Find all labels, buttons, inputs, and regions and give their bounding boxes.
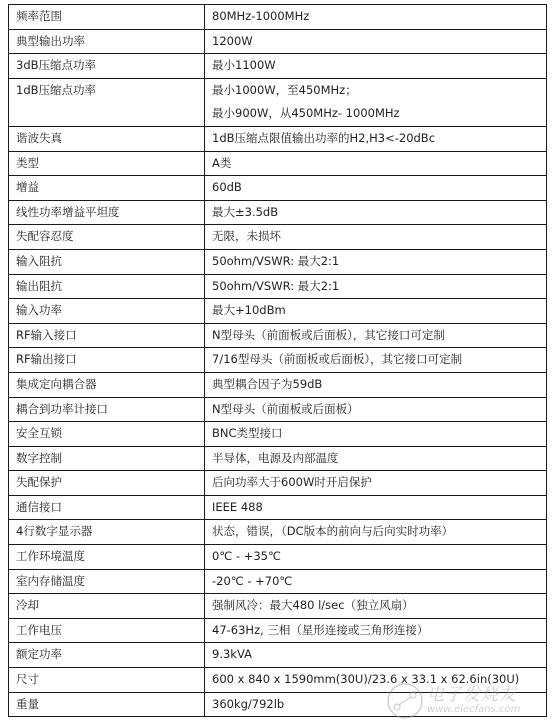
spec-value-line: 最大±3.5dB	[212, 201, 546, 225]
spec-value: 7/16型母头（前面板或后面板），其它接口可定制	[205, 348, 547, 373]
spec-value-line: 典型耦合因子为59dB	[212, 373, 546, 397]
spec-label: 4行数字显示器	[9, 520, 205, 545]
spec-value: 典型耦合因子为59dB	[205, 372, 547, 397]
table-row: 工作电压47-63Hz, 三相（星形连接或三角形连接）	[9, 618, 547, 643]
spec-value: 半导体，电源及内部温度	[205, 446, 547, 471]
table-row: 谐波失真1dB压缩点限值输出功率的H2,H3<-20dBc	[9, 126, 547, 151]
spec-value: 47-63Hz, 三相（星形连接或三角形连接）	[205, 618, 547, 643]
spec-value: 强制风冷：最大480 l/sec（独立风扇）	[205, 594, 547, 619]
table-row: 输入阻抗50ohm/VSWR: 最大2:1	[9, 249, 547, 274]
spec-value: IEEE 488	[205, 495, 547, 520]
spec-value-line: 50ohm/VSWR: 最大2:1	[212, 275, 546, 299]
spec-value: 50ohm/VSWR: 最大2:1	[205, 274, 547, 299]
spec-value: 600 x 840 x 1590mm(30U)/23.6 x 33.1 x 62…	[205, 668, 547, 693]
spec-label: 输入功率	[9, 299, 205, 324]
table-row: 失配保护后向功率大于600W时开启保护	[9, 471, 547, 496]
spec-value: BNC类型接口	[205, 422, 547, 447]
table-row: 输入功率最大+10dBm	[9, 299, 547, 324]
spec-value-line: BNC类型接口	[212, 422, 546, 446]
spec-label: 尺寸	[9, 668, 205, 693]
spec-label: 工作电压	[9, 618, 205, 643]
table-row: 典型输出功率1200W	[9, 29, 547, 54]
spec-value: -20℃ - +70℃	[205, 569, 547, 594]
spec-value-line: -20℃ - +70℃	[212, 570, 546, 594]
spec-value-line: 最小1000W，至450MHz；	[212, 79, 546, 103]
spec-label: 失配保护	[9, 471, 205, 496]
spec-value-line: 最小1100W	[212, 54, 546, 78]
spec-label: 数字控制	[9, 446, 205, 471]
spec-value-line: 9.3kVA	[212, 643, 546, 667]
spec-value-line: 半导体，电源及内部温度	[212, 447, 546, 471]
spec-label: 增益	[9, 176, 205, 201]
table-row: 1dB压缩点功率最小1000W，至450MHz；最小900W，从450MHz- …	[9, 78, 547, 126]
spec-value: 80MHz-1000MHz	[205, 5, 547, 30]
table-row: 安全互锁BNC类型接口	[9, 422, 547, 447]
spec-value: 后向功率大于600W时开启保护	[205, 471, 547, 496]
spec-label: 重量	[9, 692, 205, 717]
spec-value: 60dB	[205, 176, 547, 201]
table-row: 冷却强制风冷：最大480 l/sec（独立风扇）	[9, 594, 547, 619]
spec-value: 状态，错误，（DC版本的前向与后向实时功率）	[205, 520, 547, 545]
spec-value-line: N型母头（前面板或后面板），其它接口可定制	[212, 324, 546, 348]
spec-value-line: 0℃ - +35℃	[212, 545, 546, 569]
table-row: 室内存储温度-20℃ - +70℃	[9, 569, 547, 594]
spec-value: 360kg/792lb	[205, 692, 547, 717]
spec-value-line: IEEE 488	[212, 496, 546, 520]
spec-value-line: 360kg/792lb	[212, 693, 546, 717]
spec-label: RF输入接口	[9, 323, 205, 348]
spec-label: 1dB压缩点功率	[9, 78, 205, 126]
spec-value: 50ohm/VSWR: 最大2:1	[205, 249, 547, 274]
spec-value: 最大+10dBm	[205, 299, 547, 324]
spec-label: 典型输出功率	[9, 29, 205, 54]
table-row: 3dB压缩点功率最小1100W	[9, 54, 547, 79]
table-row: 类型A类	[9, 151, 547, 176]
table-row: 额定功率9.3kVA	[9, 643, 547, 668]
spec-label: 输入阻抗	[9, 249, 205, 274]
table-row: 增益60dB	[9, 176, 547, 201]
spec-label: 室内存储温度	[9, 569, 205, 594]
table-row: 4行数字显示器状态，错误，（DC版本的前向与后向实时功率）	[9, 520, 547, 545]
spec-label: 输出阻抗	[9, 274, 205, 299]
spec-label: 额定功率	[9, 643, 205, 668]
table-row: 频率范围80MHz-1000MHz	[9, 5, 547, 30]
spec-value: 9.3kVA	[205, 643, 547, 668]
spec-value: N型母头（前面板或后面板），其它接口可定制	[205, 323, 547, 348]
table-row: 线性功率增益平坦度最大±3.5dB	[9, 200, 547, 225]
table-row: 数字控制半导体，电源及内部温度	[9, 446, 547, 471]
spec-value-line: A类	[212, 152, 546, 176]
spec-value-line: N型母头（前面板或后面板）	[212, 398, 546, 422]
spec-value-line: 最大+10dBm	[212, 299, 546, 323]
spec-value-line: 47-63Hz, 三相（星形连接或三角形连接）	[212, 619, 546, 643]
spec-label: 失配容忍度	[9, 225, 205, 250]
spec-label: 谐波失真	[9, 126, 205, 151]
table-row: 失配容忍度无限，未损坏	[9, 225, 547, 250]
spec-value: 1dB压缩点限值输出功率的H2,H3<-20dBc	[205, 126, 547, 151]
spec-label: 工作环境温度	[9, 545, 205, 570]
spec-label: 类型	[9, 151, 205, 176]
spec-label: 安全互锁	[9, 422, 205, 447]
spec-value-line: 80MHz-1000MHz	[212, 5, 546, 29]
spec-value: N型母头（前面板或后面板）	[205, 397, 547, 422]
spec-value: 最大±3.5dB	[205, 200, 547, 225]
spec-value-line: 后向功率大于600W时开启保护	[212, 471, 546, 495]
spec-label: 线性功率增益平坦度	[9, 200, 205, 225]
spec-value: 1200W	[205, 29, 547, 54]
spec-table: 频率范围80MHz-1000MHz典型输出功率1200W3dB压缩点功率最小11…	[8, 4, 547, 717]
table-row: 输出阻抗50ohm/VSWR: 最大2:1	[9, 274, 547, 299]
spec-value: 0℃ - +35℃	[205, 545, 547, 570]
table-row: 集成定向耦合器典型耦合因子为59dB	[9, 372, 547, 397]
spec-value-line: 1200W	[212, 30, 546, 54]
spec-label: RF输出接口	[9, 348, 205, 373]
spec-label: 频率范围	[9, 5, 205, 30]
spec-label: 冷却	[9, 594, 205, 619]
spec-value-line: 状态，错误，（DC版本的前向与后向实时功率）	[212, 520, 546, 544]
spec-table-body: 频率范围80MHz-1000MHz典型输出功率1200W3dB压缩点功率最小11…	[9, 5, 547, 717]
table-row: 耦合到功率计接口N型母头（前面板或后面板）	[9, 397, 547, 422]
spec-label: 集成定向耦合器	[9, 372, 205, 397]
table-row: RF输出接口7/16型母头（前面板或后面板），其它接口可定制	[9, 348, 547, 373]
table-row: 工作环境温度0℃ - +35℃	[9, 545, 547, 570]
table-row: 重量360kg/792lb	[9, 692, 547, 717]
table-row: 尺寸600 x 840 x 1590mm(30U)/23.6 x 33.1 x …	[9, 668, 547, 693]
spec-label: 耦合到功率计接口	[9, 397, 205, 422]
spec-label: 通信接口	[9, 495, 205, 520]
spec-value-line: 无限，未损坏	[212, 225, 546, 249]
spec-value-line: 7/16型母头（前面板或后面板），其它接口可定制	[212, 348, 546, 372]
spec-value: A类	[205, 151, 547, 176]
spec-value-line: 最小900W，从450MHz- 1000MHz	[212, 102, 546, 126]
spec-value: 无限，未损坏	[205, 225, 547, 250]
spec-value-line: 60dB	[212, 176, 546, 200]
spec-value-line: 1dB压缩点限值输出功率的H2,H3<-20dBc	[212, 127, 546, 151]
spec-value-line: 50ohm/VSWR: 最大2:1	[212, 250, 546, 274]
spec-value: 最小1000W，至450MHz；最小900W，从450MHz- 1000MHz	[205, 78, 547, 126]
spec-label: 3dB压缩点功率	[9, 54, 205, 79]
table-row: RF输入接口N型母头（前面板或后面板），其它接口可定制	[9, 323, 547, 348]
spec-value: 最小1100W	[205, 54, 547, 79]
table-row: 通信接口IEEE 488	[9, 495, 547, 520]
spec-value-line: 600 x 840 x 1590mm(30U)/23.6 x 33.1 x 62…	[212, 668, 546, 692]
spec-value-line: 强制风冷：最大480 l/sec（独立风扇）	[212, 594, 546, 618]
